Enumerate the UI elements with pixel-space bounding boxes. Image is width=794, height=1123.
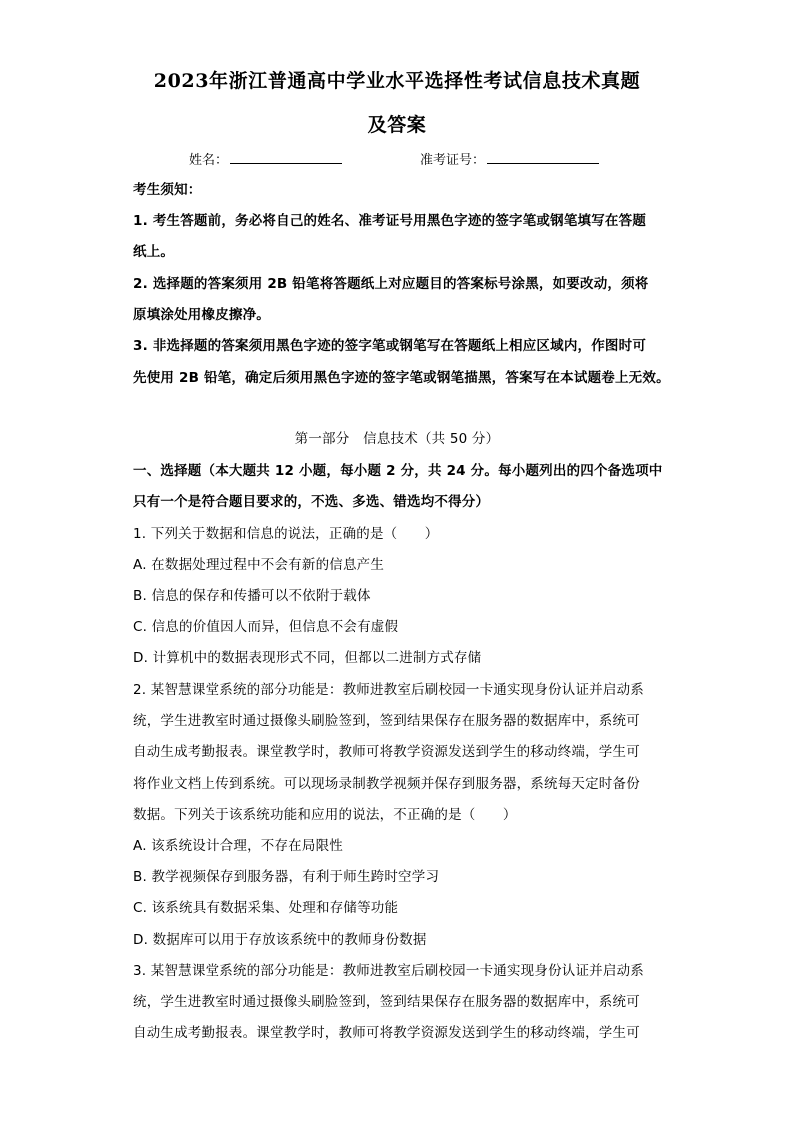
- question-3-stem: 自动生成考勤报表。课堂教学时，教师可将教学资源发送到学生的移动终端，学生可: [133, 1024, 640, 1042]
- notice-line: 2. 选择题的答案须用 2B 铅笔将答题纸上对应题目的答案标号涂黑，如要改动，须…: [133, 275, 649, 293]
- question-3-stem: 统，学生进教室时通过摄像头刷脸签到，签到结果保存在服务器的数据库中，系统可: [133, 993, 640, 1011]
- question-2-stem: 数据。下列关于该系统功能和应用的说法，不正确的是（ ）: [133, 806, 517, 824]
- question-2-option-b: B. 教学视频保存到服务器，有利于师生跨时空学习: [133, 868, 439, 886]
- section-heading: 一、选择题（本大题共 12 小题，每小题 2 分，共 24 分。每小题列出的四个…: [133, 462, 662, 480]
- notice-line: 3. 非选择题的答案须用黑色字迹的签字笔或钢笔写在答题纸上相应区域内，作图时可: [133, 337, 646, 355]
- question-2-stem: 统，学生进教室时通过摄像头刷脸签到，签到结果保存在服务器的数据库中，系统可: [133, 712, 640, 730]
- name-label: 姓名：: [189, 153, 228, 168]
- question-2-option-a: A. 该系统设计合理，不存在局限性: [133, 837, 343, 855]
- question-1-option-b: B. 信息的保存和传播可以不依附于载体: [133, 587, 371, 605]
- notice-line: 先使用 2B 铅笔，确定后须用黑色字迹的签字笔或钢笔描黑，答案写在本试题卷上无效…: [133, 369, 670, 387]
- notice-heading: 考生须知：: [133, 181, 202, 199]
- question-2-stem: 自动生成考勤报表。课堂教学时，教师可将教学资源发送到学生的移动终端，学生可: [133, 743, 640, 761]
- notice-line: 1. 考生答题前，务必将自己的姓名、准考证号用黑色字迹的签字笔或钢笔填写在答题: [133, 212, 646, 230]
- section-heading: 只有一个是符合题目要求的，不选、多选、错选均不得分）: [133, 493, 489, 511]
- exam-page: 2023年浙江普通高中学业水平选择性考试信息技术真题 及答案 姓名： 准考证号：…: [0, 0, 794, 1123]
- question-3-stem: 3. 某智慧课堂系统的部分功能是：教师进教室后刷校园一卡通实现身份认证并启动系: [133, 962, 644, 980]
- notice-line: 原填涂处用橡皮擦净。: [133, 306, 270, 324]
- name-blank-line: [230, 151, 342, 164]
- document-title-line-2: 及答案: [0, 110, 794, 137]
- name-field: 姓名：: [189, 149, 342, 168]
- question-1-option-c: C. 信息的价值因人而异，但信息不会有虚假: [133, 618, 398, 636]
- question-2-stem: 将作业文档上传到系统。可以现场录制教学视频并保存到服务器，系统每天定时备份: [133, 775, 640, 793]
- notice-line: 纸上。: [133, 243, 174, 261]
- question-2-stem: 2. 某智慧课堂系统的部分功能是：教师进教室后刷校园一卡通实现身份认证并启动系: [133, 681, 644, 699]
- question-1-stem: 1. 下列关于数据和信息的说法，正确的是（ ）: [133, 525, 438, 543]
- exam-id-blank-line: [487, 151, 599, 164]
- question-2-option-c: C. 该系统具有数据采集、处理和存储等功能: [133, 899, 398, 917]
- question-2-option-d: D. 数据库可以用于存放该系统中的教师身份数据: [133, 931, 427, 949]
- document-title-line-1: 2023年浙江普通高中学业水平选择性考试信息技术真题: [0, 66, 794, 93]
- question-1-option-d: D. 计算机中的数据表现形式不同，但都以二进制方式存储: [133, 649, 481, 667]
- question-1-option-a: A. 在数据处理过程中不会有新的信息产生: [133, 556, 384, 574]
- part-title: 第一部分 信息技术（共 50 分）: [0, 430, 794, 448]
- exam-id-label: 准考证号：: [420, 153, 485, 168]
- exam-id-field: 准考证号：: [420, 149, 599, 168]
